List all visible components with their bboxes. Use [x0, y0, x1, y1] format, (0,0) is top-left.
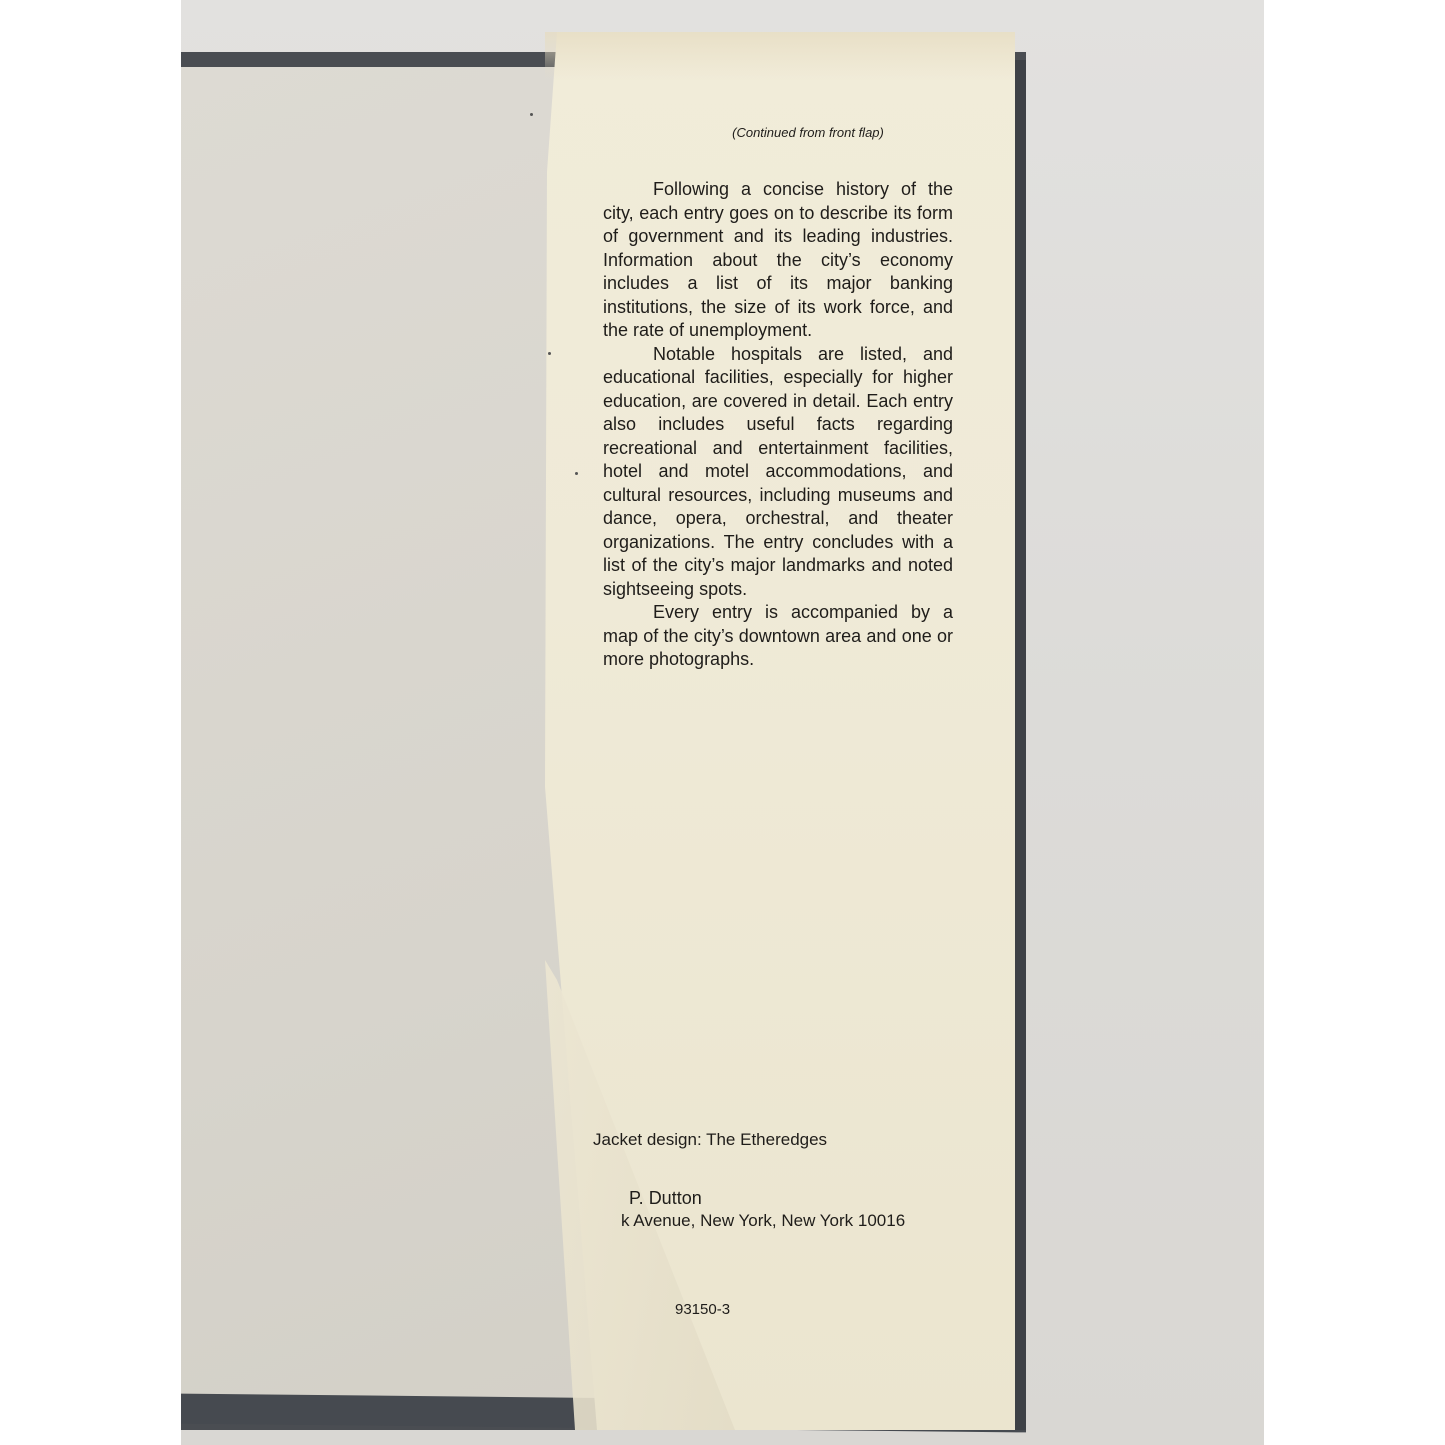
flap-text: (Continued from front flap) Following a … — [603, 125, 953, 672]
jacket-design-credit: Jacket design: The Etheredges — [593, 1130, 1013, 1150]
publisher-name: P. Dutton — [629, 1188, 1013, 1209]
publisher-address: k Avenue, New York, New York 10016 — [621, 1211, 1013, 1231]
speck — [575, 472, 578, 475]
isbn-number: 93150-3 — [675, 1301, 1013, 1318]
speck — [548, 352, 551, 355]
paragraph-history: Following a concise history of the city,… — [603, 178, 953, 343]
paragraph-facilities: Notable hospitals are listed, and educat… — [603, 343, 953, 602]
flap-stain — [545, 32, 1015, 80]
paragraph-maps: Every entry is accompanied by a map of t… — [603, 601, 953, 672]
continued-label: (Continued from front flap) — [663, 125, 953, 140]
credits-block: Jacket design: The Etheredges P. Dutton … — [593, 1130, 1013, 1318]
speck — [530, 113, 533, 116]
